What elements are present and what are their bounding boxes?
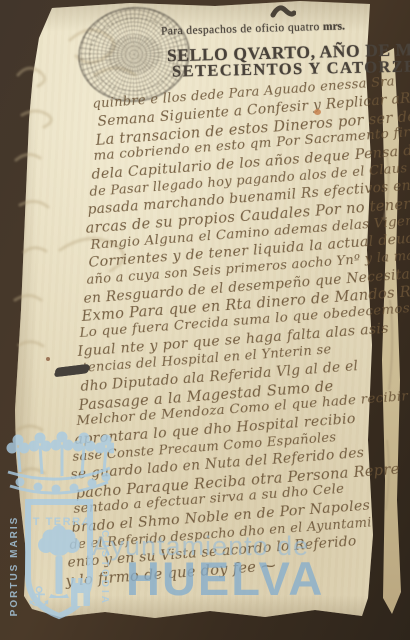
manuscript-body: quinbre e llos dede Para Aguado enessa S… (0, 0, 410, 640)
photograph-background: Para despachos de oficio quatro mrs. SEL… (0, 0, 410, 640)
ink-speck (46, 357, 50, 361)
wax-speck (314, 109, 321, 115)
